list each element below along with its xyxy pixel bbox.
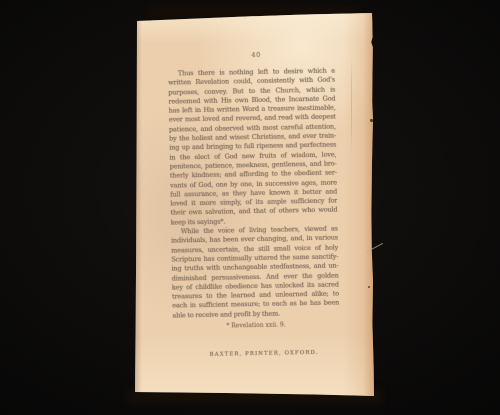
paper-speck (368, 286, 370, 288)
footnote: * Revelation xxii. 9. (173, 320, 340, 331)
text-line: able to receive and profit by them. (172, 308, 339, 320)
paper-speck (370, 119, 373, 122)
book-page: 40 Thus there is nothing left to desire … (135, 13, 375, 396)
printer-imprint: BAXTER, PRINTER, OXFORD. (178, 349, 350, 359)
body-text: Thus there is nothing left to desire whi… (168, 67, 340, 321)
paper-crease (351, 58, 352, 153)
page-content: 40 Thus there is nothing left to desire … (132, 11, 379, 398)
book-page-photo: 40 Thus there is nothing left to desire … (0, 0, 500, 415)
page-number: 40 (173, 49, 340, 60)
